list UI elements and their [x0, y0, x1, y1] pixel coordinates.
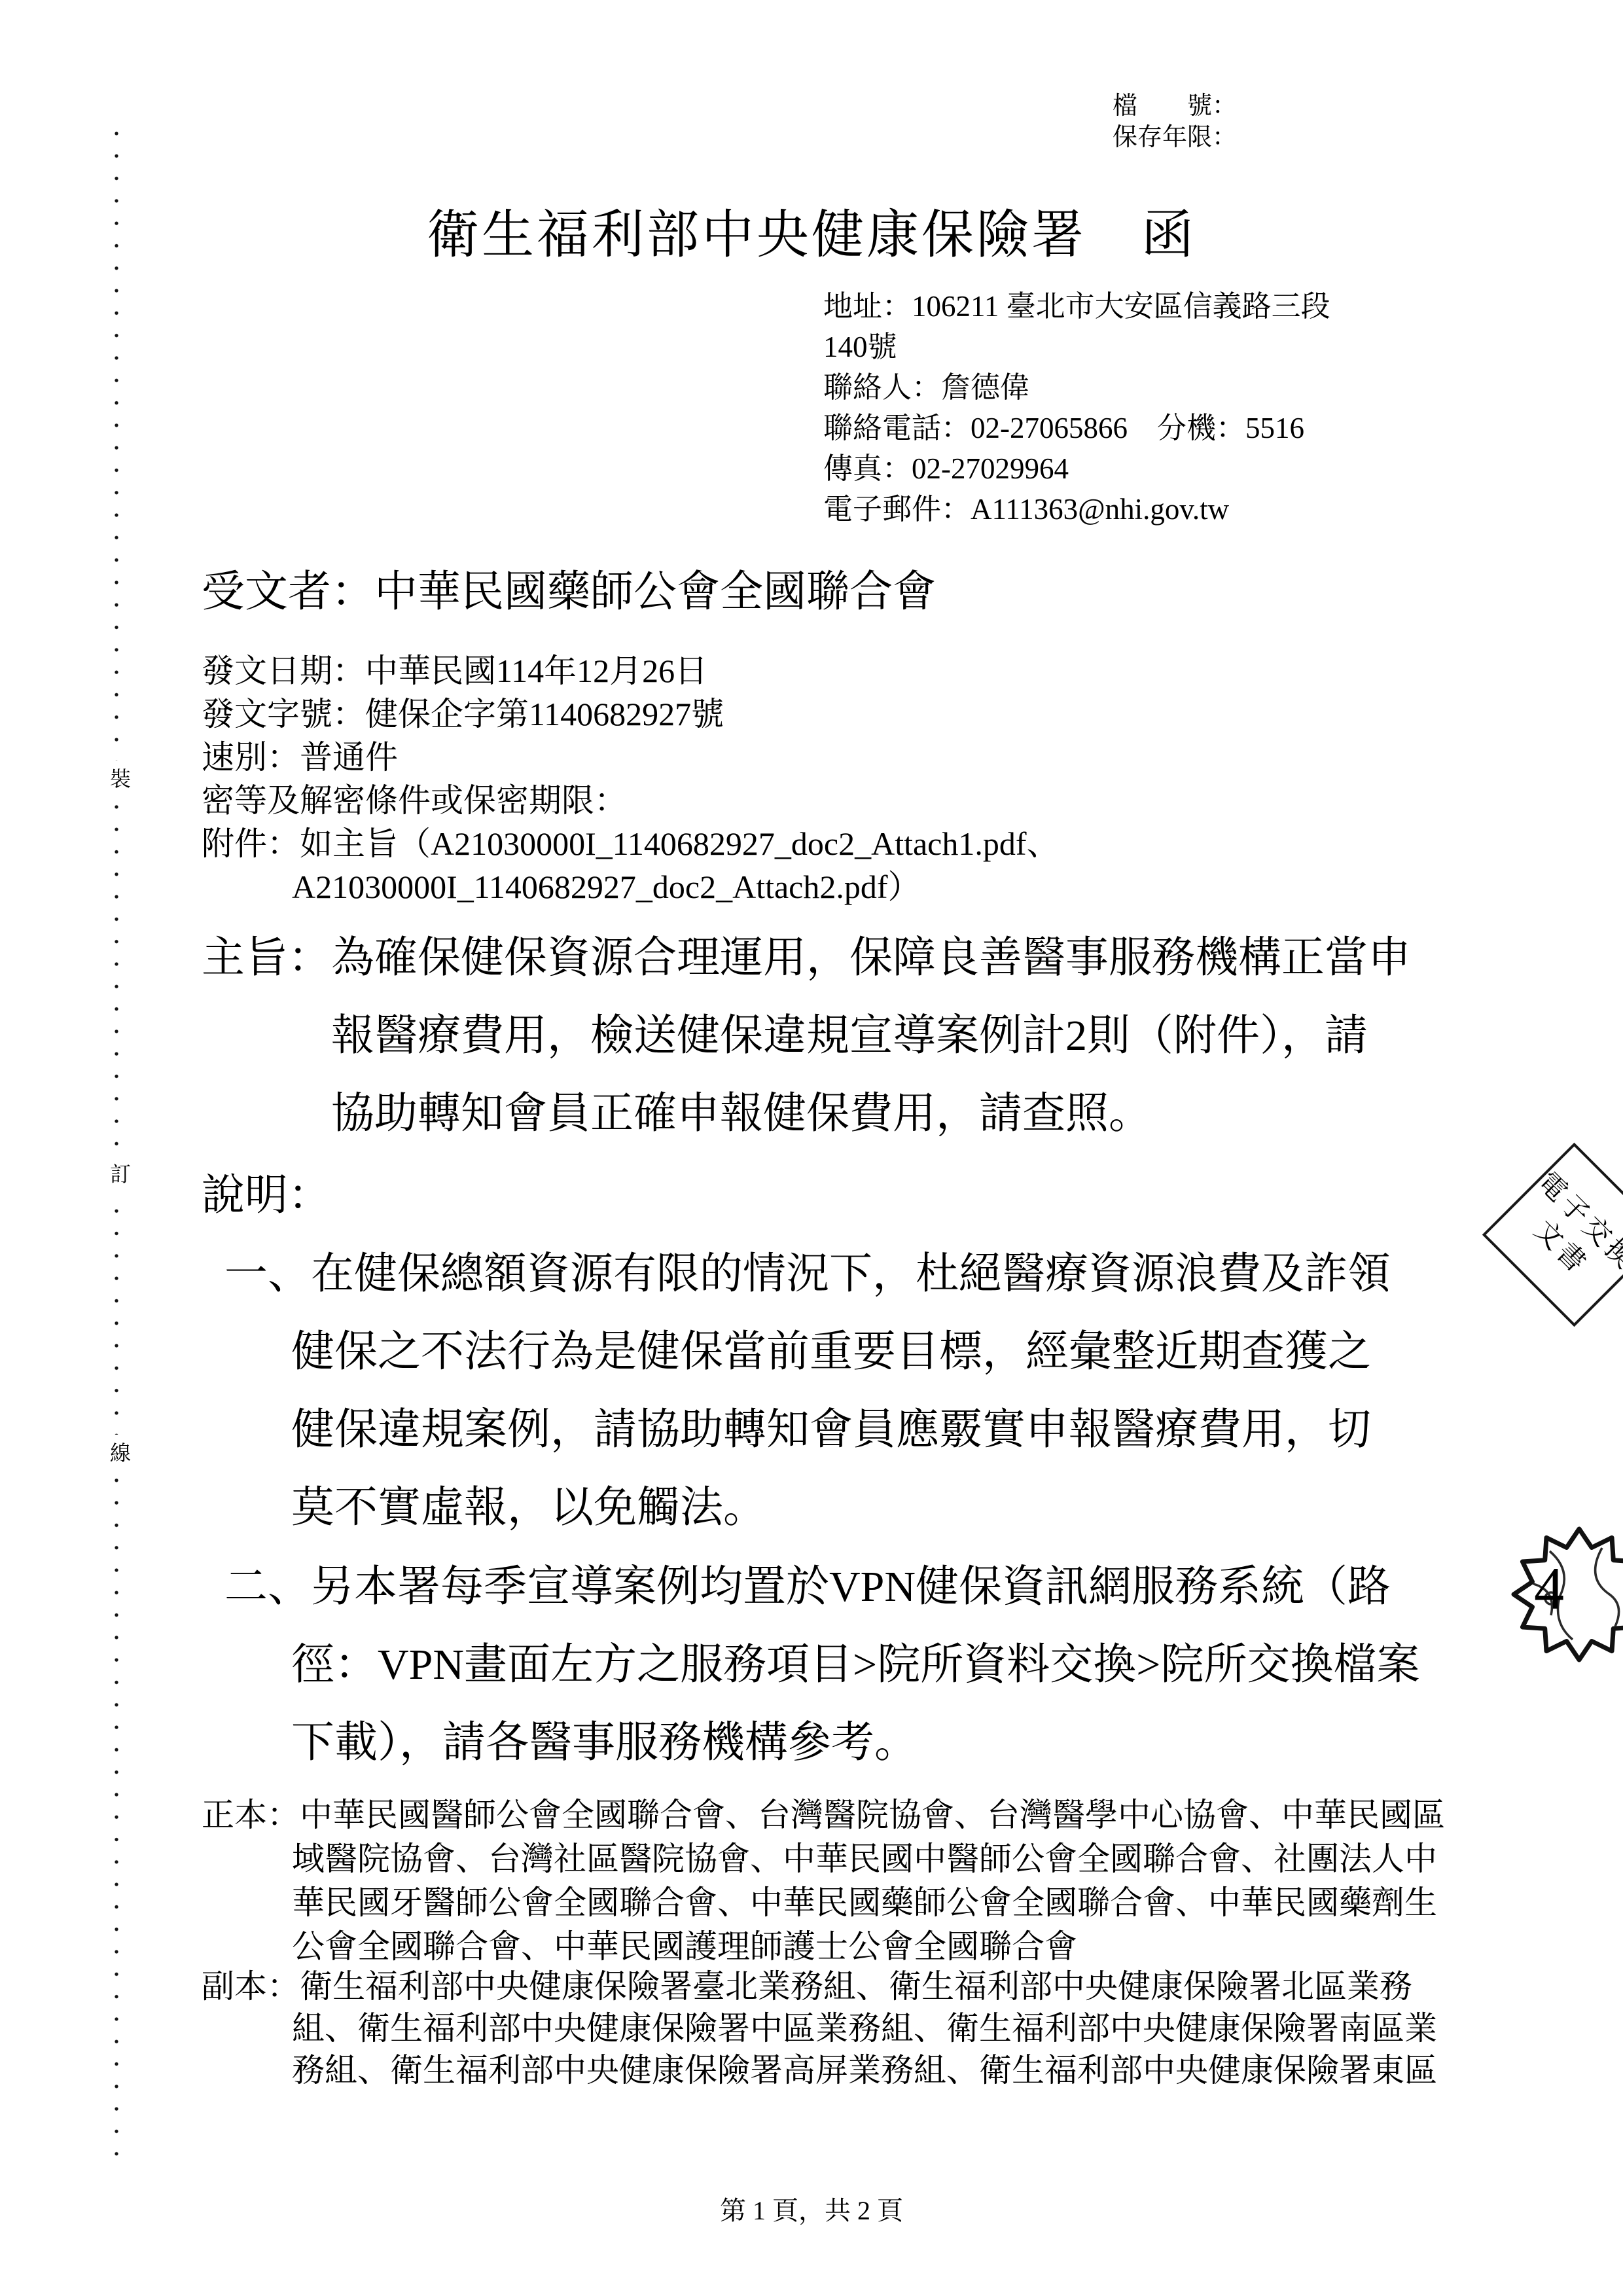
subject-block: 主旨：為確保健保資源合理運用，保障良善醫事服務機構正當申 報醫療費用，檢送健保違… — [202, 919, 1445, 1153]
description-item-1: 一、在健保總額資源有限的情況下，杜絕醫療資源浪費及詐領 健保之不法行為是健保當前… — [224, 1235, 1455, 1547]
sender-phone: 聯絡電話：02-27065866 分機：5516 — [823, 408, 1438, 448]
doc-meta-block: 發文日期：中華民國114年12月26日 發文字號：健保企字第1140682927… — [202, 649, 1060, 908]
sender-contact-person: 聯絡人：詹德偉 — [823, 367, 1438, 408]
retention-period-label: 保存年限： — [1113, 122, 1237, 153]
document-title: 衛生福利部中央健康保險署 函 — [0, 209, 1623, 262]
original-recipients-line-2: 域醫院協會、台灣社區醫院協會、中華民國中醫師公會全國聯合會、社團法人中 — [202, 1837, 1517, 1881]
security-class-line: 密等及解密條件或保密期限： — [202, 779, 1060, 822]
description-item-2-line-3: 下載），請各醫事服務機構參考。 — [224, 1704, 1455, 1782]
binding-mark-zhuang: 裝 — [103, 761, 137, 797]
issue-date-line: 發文日期：中華民國114年12月26日 — [202, 649, 1060, 692]
description-item-1-line-3: 健保違規案例，請協助轉知會員應覈實申報醫療費用，切 — [224, 1391, 1455, 1469]
electronic-document-stamp: 電子交換 文書 — [1482, 1143, 1623, 1327]
star-seal-number: 4 — [1534, 1555, 1564, 1622]
cc-recipients-line-3: 務組、衛生福利部中央健康保險署高屏業務組、衛生福利部中央健康保險署東區 — [202, 2049, 1517, 2091]
original-recipients-line-3: 華民國牙醫師公會全國聯合會、中華民國藥師公會全國聯合會、中華民國藥劑生 — [202, 1881, 1517, 1925]
attachment-line-2: A21030000I_1140682927_doc2_Attach2.pdf） — [202, 865, 1060, 908]
recipient-line: 受文者：中華民國藥師公會全國聯合會 — [202, 571, 936, 614]
cc-recipients-line-2: 組、衛生福利部中央健康保險署中區業務組、衛生福利部中央健康保險署南區業 — [202, 2007, 1517, 2049]
cc-recipients-line-1: 副本：衛生福利部中央健康保險署臺北業務組、衛生福利部中央健康保險署北區業務 — [202, 1965, 1517, 2007]
sender-address-line2: 140號 — [823, 327, 1438, 367]
attachment-line-1: 附件：如主旨（A21030000I_1140682927_doc2_Attach… — [202, 822, 1060, 865]
cc-recipients-block: 副本：衛生福利部中央健康保險署臺北業務組、衛生福利部中央健康保險署北區業務 組、… — [202, 1965, 1517, 2091]
subject-line-3: 協助轉知會員正確申報健保費用，請查照。 — [202, 1075, 1445, 1153]
binding-mark-ding: 訂 — [103, 1156, 137, 1193]
description-item-1-line-4: 莫不實虛報，以免觸法。 — [224, 1469, 1455, 1547]
subject-line-1: 主旨：為確保健保資源合理運用，保障良善醫事服務機構正當申 — [202, 919, 1445, 997]
speed-class-line: 速別：普通件 — [202, 736, 1060, 779]
description-label: 說明： — [202, 1173, 331, 1219]
archive-block: 檔 號： 保存年限： — [1113, 90, 1237, 153]
description-item-1-line-1: 一、在健保總額資源有限的情況下，杜絕醫療資源浪費及詐領 — [224, 1235, 1455, 1313]
sender-contact-block: 地址：106211 臺北市大安區信義路三段 140號 聯絡人：詹德偉 聯絡電話：… — [823, 286, 1438, 529]
original-recipients-block: 正本：中華民國醫師公會全國聯合會、台灣醫院協會、台灣醫學中心協會、中華民國區 域… — [202, 1793, 1517, 1969]
description-item-2: 二、另本署每季宣導案例均置於VPN健保資訊網服務系統（路 徑：VPN畫面左方之服… — [224, 1548, 1455, 1782]
official-letter-page: 檔 號： 保存年限： 衛生福利部中央健康保險署 函 地址：106211 臺北市大… — [0, 0, 1623, 2296]
binding-mark-xian: 線 — [103, 1435, 137, 1471]
description-item-2-line-1: 二、另本署每季宣導案例均置於VPN健保資訊網服務系統（路 — [224, 1548, 1455, 1626]
sender-email: 電子郵件：A111363@nhi.gov.tw — [823, 489, 1438, 529]
star-seal: 4 — [1510, 1525, 1623, 1664]
binding-dotted-line — [113, 128, 120, 2170]
doc-number-line: 發文字號：健保企字第1140682927號 — [202, 692, 1060, 736]
star-seal-outline — [1514, 1529, 1623, 1660]
sender-address-line1: 地址：106211 臺北市大安區信義路三段 — [823, 286, 1438, 327]
description-item-2-line-2: 徑：VPN畫面左方之服務項目>院所資料交換>院所交換檔案 — [224, 1626, 1455, 1704]
file-number-label: 檔 號： — [1113, 90, 1237, 122]
sender-fax: 傳真：02-27029964 — [823, 448, 1438, 489]
page-number: 第 1 頁，共 2 頁 — [0, 2198, 1623, 2224]
original-recipients-line-4: 公會全國聯合會、中華民國護理師護士公會全國聯合會 — [202, 1925, 1517, 1969]
description-item-1-line-2: 健保之不法行為是健保當前重要目標，經彙整近期查獲之 — [224, 1313, 1455, 1391]
subject-line-2: 報醫療費用，檢送健保違規宣導案例計2則（附件），請 — [202, 997, 1445, 1075]
original-recipients-line-1: 正本：中華民國醫師公會全國聯合會、台灣醫院協會、台灣醫學中心協會、中華民國區 — [202, 1793, 1517, 1837]
